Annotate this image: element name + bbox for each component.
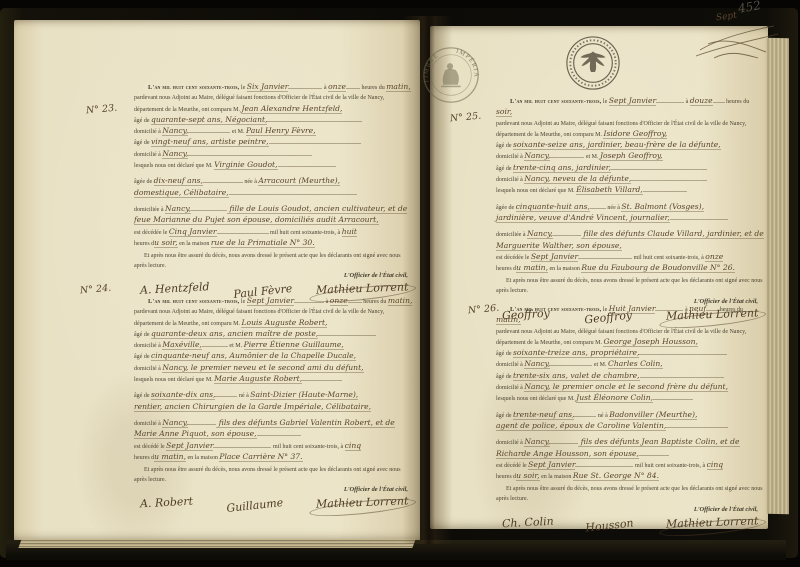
handwritten-text: cinquante-huit ans, (516, 202, 590, 212)
printed-text: mil huit cent soixante-trois, à (633, 463, 706, 469)
printed-text: domicilié à (496, 362, 524, 368)
handwritten-text: dix-neuf ans, (154, 176, 203, 186)
officer-signature: Mathieu Lorrent (665, 514, 758, 530)
blank-rule (666, 424, 728, 428)
printed-text: domicilié à (134, 343, 162, 349)
blank-rule (302, 377, 342, 381)
printed-text: domicilié à (496, 385, 524, 391)
signature: Housson (585, 516, 634, 534)
printed-text: âgé de (134, 393, 151, 399)
printed-text: âgé de (496, 166, 513, 172)
printed-text: et M. (592, 362, 608, 368)
printed-text: L'an mil huit cent soixante-trois, (510, 306, 601, 313)
blank-rule (267, 118, 362, 122)
blank-rule (574, 413, 596, 417)
handwritten-text: Sept Janvier (247, 296, 294, 306)
line-gap (496, 405, 764, 410)
printed-text: heures d (496, 266, 516, 272)
handwritten-text: Sept Janvier (166, 441, 213, 451)
blank-rule (269, 140, 361, 144)
handwritten-text: agent de police, époux de Caroline Valen… (496, 421, 666, 431)
blank-rule (639, 452, 669, 456)
handwritten-text: Place Carrière N° 37. (219, 452, 302, 462)
printed-text: âgée de (134, 179, 154, 185)
handwritten-text: onze (328, 82, 346, 92)
signature: A. Robert (140, 495, 194, 511)
handwritten-text: vingt-neuf ans, artiste peintre, (151, 137, 269, 147)
printed-text: heures du (718, 307, 743, 313)
blank-rule (188, 152, 312, 156)
blank-rule (278, 163, 336, 167)
handwritten-text: u matin, (516, 263, 548, 273)
printed-text: âgé de (496, 374, 513, 380)
printed-text: en la maison (548, 266, 581, 272)
act-body: L'an mil huit cent soixante-trois, le Si… (134, 82, 414, 249)
printed-text: née à (606, 205, 622, 211)
handwritten-text: soir, (496, 107, 512, 117)
eagle-stamp-icon (563, 34, 623, 92)
handwritten-text: Nancy, (162, 418, 188, 428)
printed-text: domicilié à (496, 154, 524, 160)
officer-label: L'Officier de l'État civil, (134, 486, 414, 493)
handwritten-text: Nancy, (162, 149, 188, 159)
handwritten-text: Isidore Geoffroy, (603, 129, 667, 139)
handwritten-text: matin, (496, 315, 521, 325)
officer-label: L'Officier de l'État civil, (496, 506, 764, 513)
blank-rule (217, 230, 269, 234)
blank-rule (643, 188, 687, 192)
printed-text: en la maison (178, 241, 211, 247)
signature: Guillaume (226, 496, 284, 515)
blank-rule (706, 307, 718, 311)
printed-text: domicilié à (496, 177, 524, 183)
handwritten-text: Sept Janvier (528, 460, 575, 470)
act-body: L'an mil huit cent soixante-trois, le Hu… (496, 304, 764, 482)
blank-rule (590, 205, 606, 209)
printed-text: en la maison (540, 474, 573, 480)
blank-rule (188, 129, 230, 133)
line-gap (496, 197, 764, 202)
blank-rule (348, 299, 362, 303)
printed-text: en la maison (186, 455, 219, 461)
handwritten-text: rue de la Primatiale N° 30. (211, 238, 315, 248)
printed-text: heures du (362, 299, 388, 305)
blank-rule (553, 232, 581, 236)
handwritten-text: Élisabeth Villard, (576, 185, 643, 195)
handwritten-text: matin, (388, 296, 413, 306)
blank-rule (640, 374, 724, 378)
handwritten-text: cinquante-neuf ans, Aumônier de la Chape… (151, 351, 356, 361)
blank-rule (670, 216, 728, 220)
handwritten-text: Arracourt (Meurthe), (258, 176, 340, 186)
blank-rule (639, 351, 727, 355)
printed-text: domicilié à (134, 421, 162, 427)
death-record: L'an mil huit cent soixante-trois, le Se… (134, 296, 414, 526)
handwritten-text: Joseph Geoffroy, (600, 151, 663, 161)
printed-text: L'an mil huit cent soixante-trois, (148, 298, 239, 305)
handwritten-text: Nancy, (527, 229, 553, 239)
printed-text: est décédée le (134, 230, 169, 236)
handwritten-text: Nancy, le premier oncle et le second frè… (524, 382, 728, 392)
handwritten-text: cinq (345, 441, 361, 451)
act-body: L'an mil huit cent soixante-trois, le Se… (134, 296, 414, 463)
handwritten-text: Nancy, (524, 151, 550, 161)
handwritten-text: u soir, (516, 471, 539, 481)
handwritten-text: Nancy, (162, 126, 188, 136)
handwritten-text: George Joseph Housson, (603, 337, 697, 347)
blank-rule (346, 85, 360, 89)
printed-text: âgé de (496, 143, 513, 149)
handwritten-text: Cinq Janvier (169, 227, 217, 237)
handwritten-text: Marie Auguste Robert, (214, 374, 302, 384)
blank-rule (550, 440, 578, 444)
blank-rule (294, 299, 324, 303)
printed-text: le (239, 85, 246, 91)
printed-text: L'an mil huit cent soixante-trois, (148, 84, 239, 91)
page-edges-bottom (18, 539, 415, 548)
printed-text: heures du (360, 85, 386, 91)
printed-text: âgé de (134, 354, 151, 360)
officer-signature: Mathieu Lorrent (315, 281, 408, 297)
handwritten-text: Maxéville, (162, 340, 202, 350)
handwritten-text: Saint-Dizier (Haute-Marne), (250, 390, 358, 400)
signature: Ch. Colin (502, 514, 554, 530)
officer-label: L'Officier de l'État civil, (134, 272, 414, 279)
printed-text: mil huit cent soixante-trois, à (632, 255, 705, 261)
blank-rule (188, 421, 216, 425)
blank-rule (655, 307, 683, 311)
printed-text: L'an mil huit cent soixante-trois, (510, 98, 601, 105)
blank-rule (611, 166, 707, 170)
handwritten-text: rentier, ancien Chirurgien de la Garde I… (134, 402, 371, 412)
handwritten-text: Nancy, le premier neveu et le second ami… (162, 363, 363, 373)
handwritten-text: Badonviller (Meurthe), (609, 410, 697, 420)
blank-rule (550, 362, 592, 366)
blank-rule (653, 396, 693, 400)
blank-rule (229, 191, 357, 195)
act-body: L'an mil huit cent soixante-trois, le Se… (496, 96, 764, 274)
signature: A. Hentzfeld (140, 281, 210, 298)
printed-text: lesquels nous ont déclaré que M. (134, 163, 214, 169)
closing-text: Et après nous être assuré du décès, nous… (134, 466, 414, 485)
printed-text: domicilié à (496, 440, 524, 446)
printed-text: le (601, 307, 608, 313)
handwritten-text: u matin, (154, 452, 186, 462)
printed-text: le (239, 299, 246, 305)
printed-text: âgé de (134, 140, 151, 146)
printed-text: domiciliée à (496, 232, 527, 238)
printed-text: âgée de (496, 205, 516, 211)
printed-text: mil huit cent soixante-trois, à (269, 230, 342, 236)
printed-text: et M. (230, 129, 246, 135)
printed-text: est décédée le (496, 255, 531, 261)
officer-signature: Mathieu Lorrent (315, 495, 408, 511)
printed-text: est décédé le (134, 444, 166, 450)
handwritten-text: Nancy, (165, 204, 191, 214)
handwritten-text: Pierre Étienne Guillaume, (244, 340, 344, 350)
signature-row: A. Robert Guillaume Mathieu Lorrent (134, 496, 414, 526)
printed-text: heures d (496, 474, 516, 480)
handwritten-text: Sept Janvier (609, 96, 656, 106)
blank-rule (575, 463, 633, 467)
printed-text: heures d (134, 241, 154, 247)
printed-text: mil huit cent soixante-trois, à (271, 444, 344, 450)
printed-text: domicilié à (134, 366, 162, 372)
closing-text: Et après nous être assuré du décès, nous… (134, 252, 414, 271)
death-record: L'an mil huit cent soixante-trois, le Se… (496, 96, 764, 338)
handwritten-text: quarante-deux ans, ancien maître de post… (151, 329, 318, 339)
printed-text: à (684, 99, 690, 105)
blank-rule (202, 343, 228, 347)
handwritten-text: neuf (689, 304, 706, 314)
printed-text: domiciliée à (134, 207, 165, 213)
blank-rule (191, 207, 227, 211)
death-record: L'an mil huit cent soixante-trois, le Si… (134, 82, 414, 312)
printed-text: à (324, 299, 330, 305)
printed-text: lesquels nous ont déclaré que M. (496, 188, 576, 194)
printed-text: est décédé le (496, 463, 528, 469)
printed-text: né à (237, 393, 250, 399)
handwritten-text: trente-six ans, valet de chambre, (513, 371, 640, 381)
blank-rule (318, 332, 376, 336)
death-record: L'an mil huit cent soixante-trois, le Hu… (496, 304, 764, 546)
handwritten-text: Nancy, (524, 437, 550, 447)
blank-rule (215, 393, 237, 397)
handwritten-text: jardinière, veuve d'André Vincent, journ… (496, 213, 670, 223)
handwritten-text: Charles Colin, (608, 359, 663, 369)
handwritten-text: Huit Janvier (609, 304, 656, 314)
printed-text: heures du (725, 99, 750, 105)
signature-row: Ch. Colin Housson Mathieu Lorrent (496, 516, 764, 546)
handwritten-text: Nancy, (524, 359, 550, 369)
printed-text: né à (596, 413, 609, 419)
handwritten-text: Sept Janvier (531, 252, 578, 262)
blank-rule (257, 432, 301, 436)
printed-text: lesquels nous ont déclaré que M. (134, 377, 214, 383)
printed-text: le (601, 99, 608, 105)
printed-text: heures d (134, 455, 154, 461)
handwritten-text: Jean Alexandre Hentzfeld, (241, 104, 342, 114)
printed-text: et M. (228, 343, 244, 349)
handwritten-text: onze (705, 252, 723, 262)
handwritten-text: Six Janvier (247, 82, 289, 92)
handwritten-text: Virginie Goudot, (214, 160, 277, 170)
handwritten-text: matin, (386, 82, 411, 92)
handwritten-text: trente-cinq ans, jardinier, (513, 163, 611, 173)
handwritten-text: cinq (707, 460, 723, 470)
handwritten-text: trente-neuf ans, (513, 410, 574, 420)
closing-text: Et après nous être assuré du décès, nous… (496, 485, 764, 504)
handwritten-text: huit (342, 227, 357, 237)
printed-text: âgé de (496, 413, 513, 419)
handwritten-text: onze (330, 296, 348, 306)
blank-rule (656, 99, 684, 103)
handwritten-text: quarante-sept ans, Négociant, (151, 115, 267, 125)
handwritten-text: Paul Henry Fèvre, (246, 126, 316, 136)
page-edges-right (766, 38, 789, 515)
blank-rule (213, 444, 271, 448)
handwritten-text: Just Éléonore Colin, (576, 393, 653, 403)
blank-rule (288, 85, 322, 89)
printed-text: et M. (584, 154, 600, 160)
printed-text: âgé de (134, 118, 151, 124)
printed-text: âgé de (496, 351, 513, 357)
handwritten-text: Rue du Faubourg de Boudonville N° 26. (581, 263, 735, 273)
printed-text: lesquels nous ont déclaré que M. (496, 396, 576, 402)
handwritten-text: Nancy, neveu de la défunte, (524, 174, 631, 184)
blank-rule (550, 154, 584, 158)
blank-rule (578, 255, 632, 259)
handwritten-text: douze (690, 96, 713, 106)
blank-rule (713, 99, 725, 103)
handwritten-text: u soir, (154, 238, 177, 248)
corner-flourish-icon (694, 14, 780, 62)
handwritten-text: St. Balmont (Vosges), (621, 202, 704, 212)
register-scan: TIMBRE IMPÉRIAL 452 Sept N° 23. N° 24. N… (0, 0, 800, 567)
closing-text: Et après nous être assuré du décès, nous… (496, 277, 764, 296)
blank-rule (203, 179, 243, 183)
printed-text: domicilié à (134, 129, 162, 135)
handwritten-text: Rue St. George N° 84. (573, 471, 659, 481)
printed-text: domicilié à (134, 152, 162, 158)
embossed-stamp-icon: TIMBRE IMPÉRIAL (420, 44, 482, 106)
handwritten-text: domestique, Célibataire, (134, 188, 229, 198)
handwritten-text: Louis Auguste Robert, (241, 318, 327, 328)
handwritten-text: soixante-dix ans, (151, 390, 215, 400)
printed-text: âgé de (134, 332, 151, 338)
handwritten-text: soixante-treize ans, propriétaire, (513, 348, 639, 358)
printed-text: née à (243, 179, 259, 185)
blank-rule (631, 177, 707, 181)
handwritten-text: soixante-seize ans, jardinier, beau-frèr… (513, 140, 721, 150)
